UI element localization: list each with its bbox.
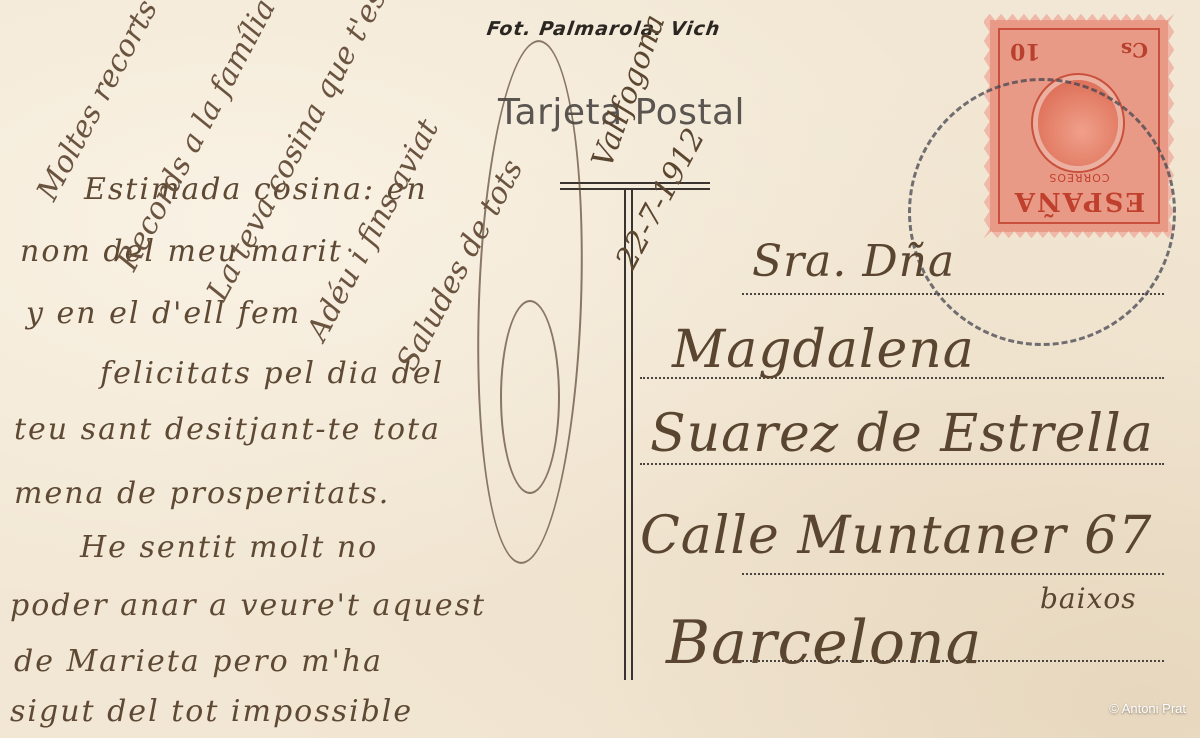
divider-horizontal-bottom [560,188,710,190]
address-name: Magdalena [672,320,975,380]
letter-line: poder anar a veure't aquest [10,588,486,623]
address-salutation: Sra. Dña [752,236,955,287]
address-street: Calle Muntaner 67 [640,506,1152,566]
handwriting-flourish [500,300,560,494]
publisher-imprint: Fot. Palmarola. Vich [485,18,721,40]
letter-line: mena de prosperitats. [14,476,390,511]
letter-line: nom del meu marit [20,234,343,269]
stamp-value: 10 [1010,38,1041,64]
letter-line: y en el d'ell fem [26,296,301,331]
letter-line: de Marieta pero m'ha [14,644,383,679]
postcard-back: Fot. Palmarola. Vich Tarjeta Postal ESPA… [0,0,1200,738]
address-surname: Suarez de Estrella [650,404,1154,464]
letter-line: He sentit molt no [80,530,378,565]
address-line-4 [742,573,1164,575]
stamp-unit: Cs [1121,38,1148,62]
letter-line: teu sant desitjant-te tota [14,412,441,447]
copyright-watermark: © Antoni Prat [1109,701,1186,716]
letter-line: sigut del tot impossible [10,694,413,729]
address-floor: baixos [1040,582,1137,615]
address-city: Barcelona [666,608,982,678]
